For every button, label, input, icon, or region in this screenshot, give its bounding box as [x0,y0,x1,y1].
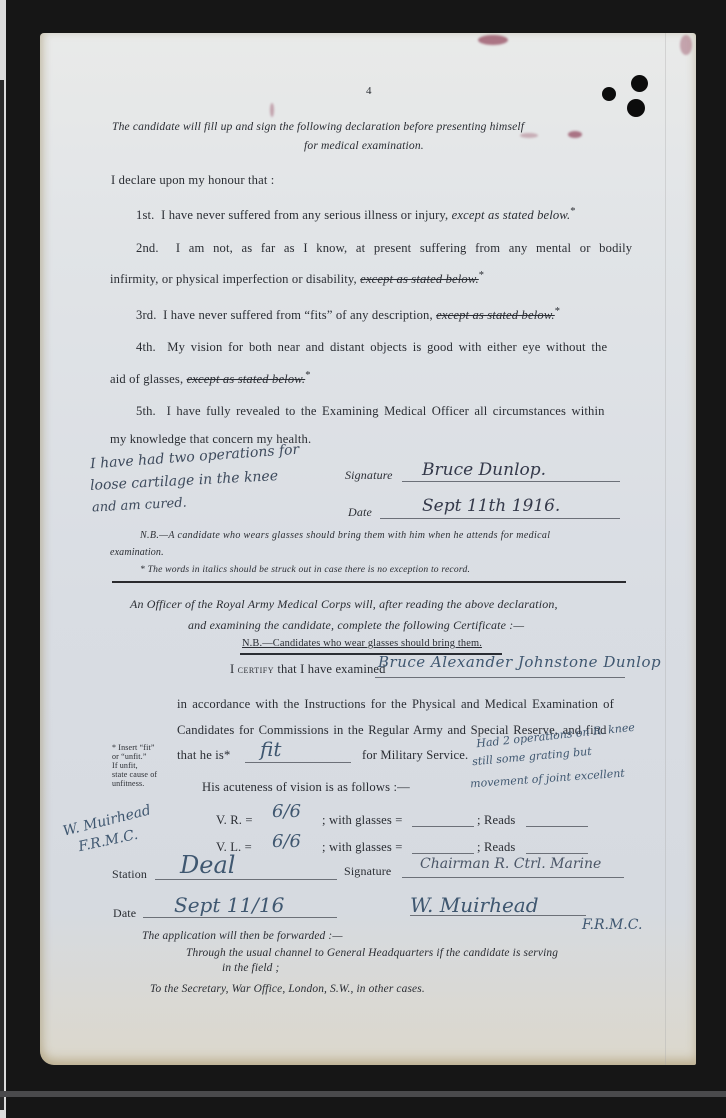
section-divider [112,581,626,583]
document-page: 4 The candidate will fill up and sign th… [40,33,696,1065]
certify-word: certify [238,664,274,676]
item-number: 2nd. [136,241,159,255]
declaration-item-4-cont: aid of glasses, except as stated below.* [110,370,311,387]
certificate-signature-value-2: W. Muirhead [410,893,539,917]
certificate-signature-label: Signature [344,864,391,879]
officer-intro-line-1: An Officer of the Royal Army Medical Cor… [130,597,558,612]
vision-right-reads-line [526,826,588,827]
certificate-signature-value: Chairman R. Ctrl. Marine [420,856,601,872]
officer-handwritten-note-line-3: movement of joint excellent [470,767,625,791]
candidate-date-label: Date [348,505,372,520]
candidate-handwritten-note-line-2: loose cartilage in the knee [90,468,279,494]
punch-hole [631,75,648,92]
declaration-item-1: 1st. I have never suffered from any seri… [136,206,576,223]
page-fold-line [665,33,666,1065]
certificate-signature-line-2 [410,915,586,916]
vision-right-reads-label: ; Reads [477,813,515,828]
vision-intro: His acuteness of vision is as follows :— [202,780,410,795]
scanner-edge-shadow [0,80,4,1110]
vision-right-glasses-label: ; with glasses = [322,813,403,828]
ink-stain [520,133,538,138]
fitness-value: fit [260,737,281,761]
declaration-item-4: 4th. My vision for both near and distant… [136,340,607,355]
item-text: I have fully revealed to the Examining M… [167,404,605,418]
item-number: 5th. [136,404,156,418]
officer-intro-line-2: and examining the candidate, complete th… [188,618,524,633]
forwarding-line-3: in the field ; [222,962,279,974]
fitness-margin-note: * Insert “fit” or “unfit.” If unfit, sta… [112,743,157,788]
certificate-date-line [143,917,337,918]
vision-left-glasses-label: ; with glasses = [322,840,403,855]
fitness-line [245,762,351,763]
certificate-line-2: in accordance with the Instructions for … [177,697,614,712]
item-number: 3rd. [136,308,157,322]
declaration-item-2: 2nd. I am not, as far as I know, at pres… [136,241,632,256]
scanner-bottom-bar [0,1091,726,1097]
forwarding-line-2: Through the usual channel to General Hea… [186,947,558,959]
examined-name-value: Bruce Alexander Johnstone Dunlop [378,653,661,671]
nb-glasses-line-2: examination. [110,547,164,558]
station-label: Station [112,867,147,882]
punch-hole [602,87,616,101]
candidate-signature-label: Signature [345,468,393,483]
ink-stain [568,131,582,138]
item-number: 1st. [136,208,154,222]
intro-line-1: The candidate will fill up and sign the … [112,120,524,133]
vision-left-reads-label: ; Reads [477,840,515,855]
station-value: Deal [180,851,235,879]
forwarding-line-1: The application will then be forwarded :… [142,930,343,942]
declare-heading: I declare upon my honour that : [111,173,274,188]
certificate-date-label: Date [113,906,136,921]
certificate-signature-line [402,877,624,878]
candidate-signature-value: Bruce Dunlop. [422,460,546,480]
item-exception: except as stated below. [452,208,571,222]
vision-left-reads-line [526,853,588,854]
ink-stain [270,103,274,117]
item-text: I have never suffered from any serious i… [161,208,448,222]
ink-stain [478,35,508,45]
candidate-handwritten-note-line-3: and am cured. [92,496,187,516]
officer-nb-glasses: N.B.—Candidates who wear glasses should … [242,638,482,649]
item-text: I have never suffered from “fits” of any… [163,308,433,322]
item-text: My vision for both near and distant obje… [167,340,607,354]
vision-right-value: 6/6 [272,801,301,822]
item-number: 4th. [136,340,156,354]
vision-left-value: 6/6 [272,831,301,852]
declaration-item-5: 5th. I have fully revealed to the Examin… [136,404,605,419]
vision-right-label: V. R. = [216,813,253,827]
examined-name-line [375,677,625,678]
intro-line-2: for medical examination. [304,139,424,152]
punch-hole [627,99,645,117]
station-line [155,879,337,880]
that-he-is-label: that he is* [177,748,230,763]
certificate-signature-value-3: F.R.M.C. [582,917,642,933]
forwarding-line-4: To the Secretary, War Office, London, S.… [150,983,425,995]
certificate-date-value: Sept 11/16 [174,893,284,917]
vision-right-row: V. R. = [216,813,253,828]
declaration-item-2-cont: infirmity, or physical imperfection or d… [110,270,484,287]
declaration-item-3: 3rd. I have never suffered from “fits” o… [136,306,560,323]
candidate-date-value: Sept 11th 1916. [422,496,560,516]
candidate-date-line [380,518,620,519]
vision-right-glasses-line [412,826,474,827]
nb-glasses-line-1: N.B.—A candidate who wears glasses shoul… [140,530,550,541]
item-text: I am not, as far as I know, at present s… [176,241,632,255]
for-military-service-label: for Military Service. [362,748,468,763]
candidate-signature-line [402,481,620,482]
struck-exception: except as stated below. [187,372,306,386]
page-number: 4 [366,85,372,97]
certify-line: I certify that I have examined [230,662,386,677]
struck-exception: except as stated below. [360,272,479,286]
ink-stain [680,35,692,55]
struck-exception: except as stated below. [436,308,555,322]
vision-left-glasses-line [412,853,474,854]
italics-footnote: * The words in italics should be struck … [140,564,470,575]
